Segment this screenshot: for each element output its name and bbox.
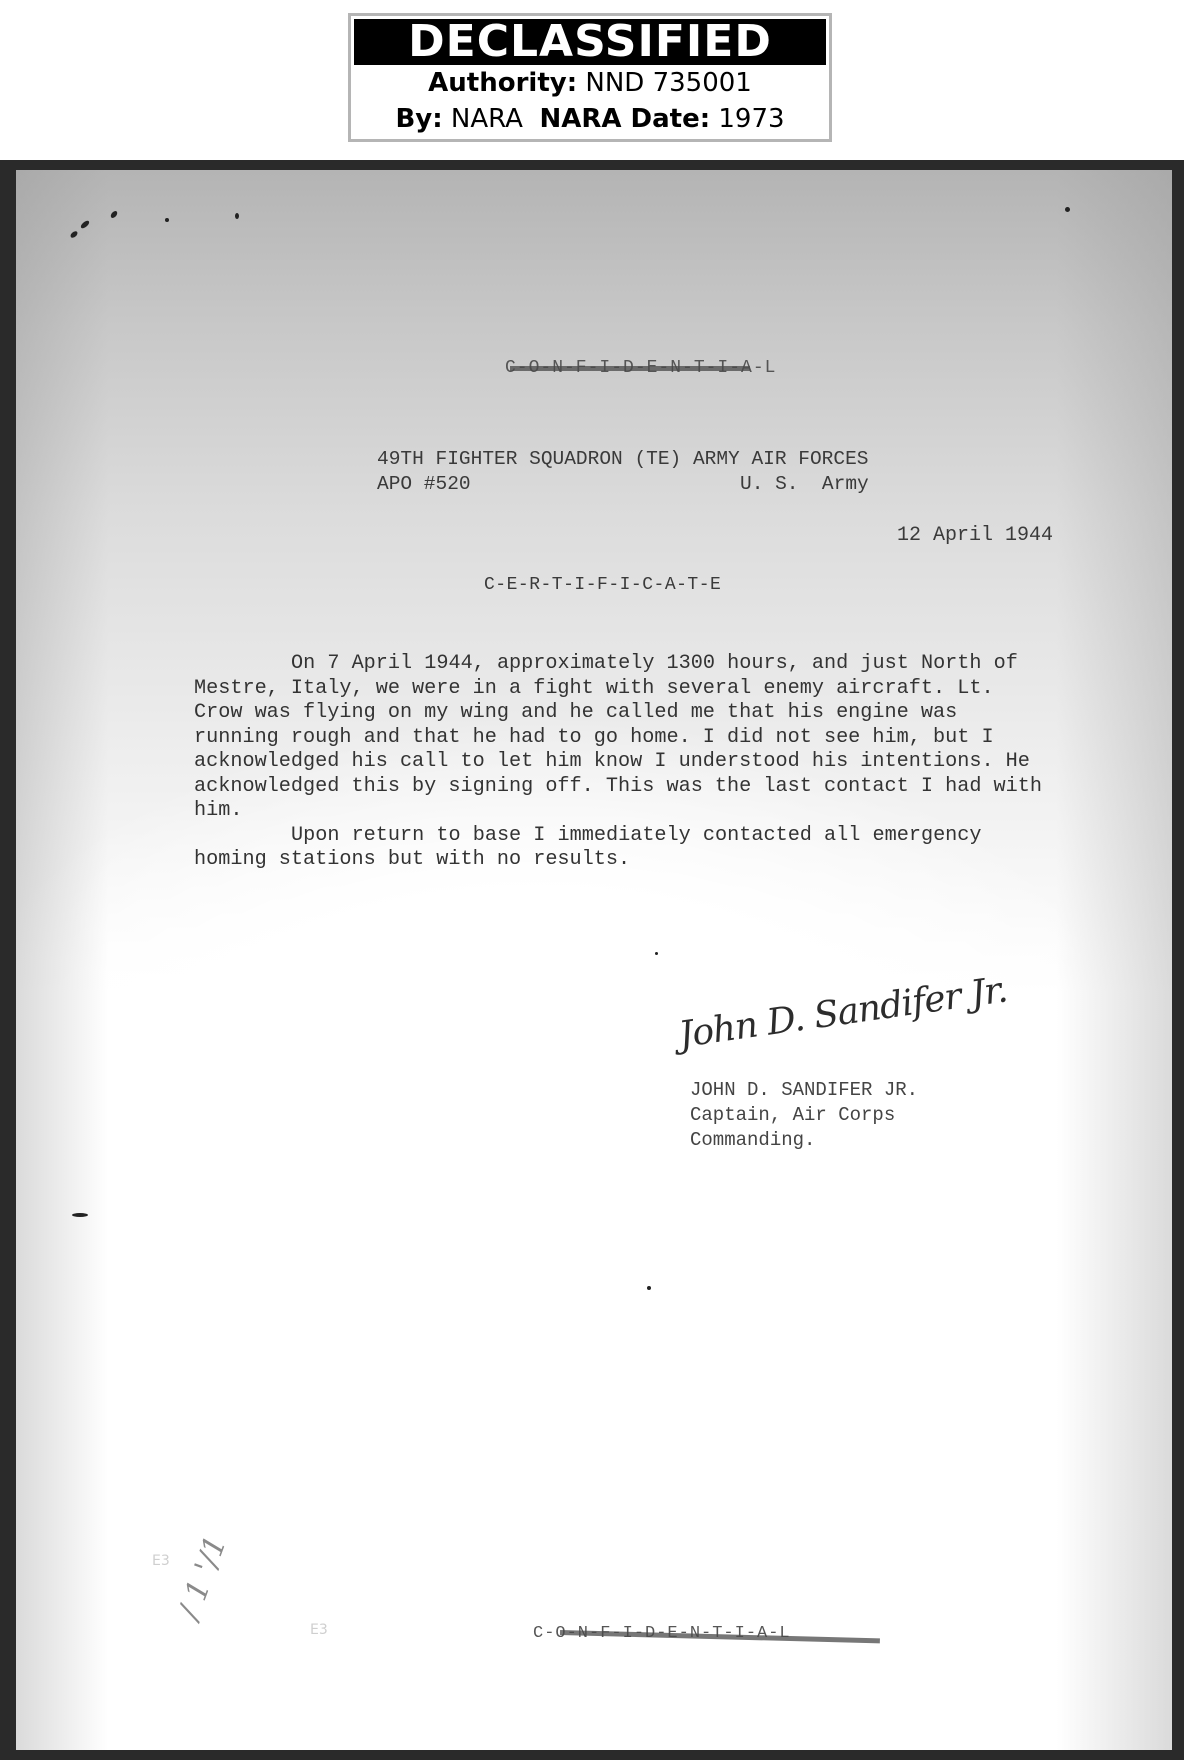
stamp-by-date: By: NARA NARA Date: 1973: [354, 101, 826, 137]
stamp-authority: Authority: NND 735001: [354, 65, 826, 101]
signatory-name: JOHN D. SANDIFER JR.: [690, 1078, 918, 1103]
ink-speck: [655, 952, 658, 955]
ink-speck: [72, 1213, 88, 1217]
declassified-stamp: DECLASSIFIED Authority: NND 735001 By: N…: [348, 13, 832, 142]
paper-sheet: [16, 170, 1172, 1750]
document-date: 12 April 1944: [897, 524, 1053, 547]
signature-block: JOHN D. SANDIFER JR.Captain, Air CorpsCo…: [690, 1078, 918, 1153]
body-paragraph: On 7 April 1944, approximately 1300 hour…: [194, 652, 1054, 824]
faint-stamp-mark: E3: [310, 1622, 328, 1638]
ink-speck: [165, 218, 169, 222]
stamp-title: DECLASSIFIED: [354, 19, 826, 65]
signatory-role: Commanding.: [690, 1128, 918, 1153]
ink-speck: [235, 213, 239, 219]
unit-header: 49TH FIGHTER SQUADRON (TE) ARMY AIR FORC…: [377, 448, 868, 470]
faint-stamp-mark: E3: [152, 1553, 170, 1569]
body-paragraph: Upon return to base I immediately contac…: [194, 824, 1054, 873]
signatory-rank: Captain, Air Corps: [690, 1103, 918, 1128]
ink-speck: [647, 1286, 651, 1290]
certificate-body: On 7 April 1944, approximately 1300 hour…: [194, 652, 1054, 873]
apo-number: APO #520: [377, 473, 471, 495]
scanned-page: [0, 160, 1184, 1760]
classification-top-strike: [510, 366, 750, 371]
document-title: C-E-R-T-I-F-I-C-A-T-E: [484, 575, 721, 595]
service-branch: U. S. Army: [740, 473, 869, 495]
ink-speck: [1065, 207, 1070, 212]
